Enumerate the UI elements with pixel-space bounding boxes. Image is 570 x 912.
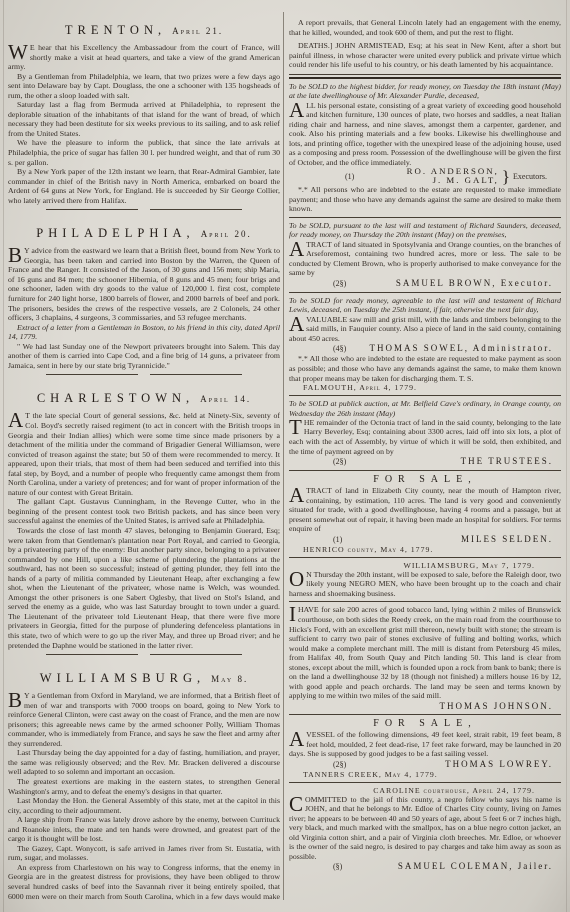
news-paragraph: BY a Gentleman from Oxford in Maryland, …	[8, 691, 280, 748]
rule-divider	[289, 395, 561, 396]
city-name: WILLIAMSBURG,	[40, 671, 205, 685]
news-paragraph: AT the late special Court of general ses…	[8, 411, 280, 497]
signature-name: THE TRUSTEES.	[461, 456, 553, 466]
dateline-date: May 8.	[211, 674, 248, 684]
double-rule-divider	[289, 74, 561, 79]
drop-cap: A	[289, 730, 306, 748]
signature-name: SAMUEL COLEMAN, Jailer.	[398, 861, 553, 871]
footnote-mark: (1)	[345, 172, 354, 181]
rule-divider	[289, 557, 561, 558]
page-edge-right	[566, 0, 567, 912]
ad-signature: (2§) THE TRUSTEES.	[289, 456, 561, 467]
section-heading-philadelphia: PHILADELPHIA, April 20.	[8, 217, 280, 244]
news-paragraph: WE hear that his Excellency the Ambassad…	[8, 43, 280, 72]
section-heading-williamsburg: WILLIAMSBURG, May 8.	[8, 662, 280, 689]
section-divider	[8, 654, 280, 655]
city-name: CHARLESTOWN,	[37, 391, 194, 405]
executors-signature: (1) RO. ANDERSON, J. M. GALT, } Executor…	[289, 167, 561, 185]
drop-cap: O	[289, 570, 306, 588]
letter-extract-caption: Extract of a letter from a Gentleman in …	[8, 323, 280, 342]
drop-cap: A	[8, 411, 25, 429]
ad-note: *.* All persons who are indebted to the …	[289, 185, 561, 214]
news-paragraph: Towards the close of last month 47 slave…	[8, 526, 280, 650]
news-paragraph: " We had last Sunday one of the Newport …	[8, 342, 280, 371]
ad-body: ALL his personal estate, consisting of a…	[289, 101, 561, 168]
dateline-date: April 14.	[200, 394, 251, 404]
section-divider	[8, 209, 280, 210]
signature-names: RO. ANDERSON, J. M. GALT,	[407, 167, 499, 185]
footnote-mark: (4§)	[333, 344, 346, 354]
city-name: TRENTON,	[65, 23, 166, 37]
ad-body: AVESSEL of the following dimensions, 49 …	[289, 730, 561, 759]
news-paragraph: By a New York paper of the 12th instant …	[8, 167, 280, 205]
ad-signature: (2§) SAMUEL BROWN, Executor.	[289, 278, 561, 289]
rule-divider	[289, 217, 561, 218]
drop-cap: I	[289, 605, 298, 623]
signature-name: SAMUEL BROWN, Executor.	[396, 278, 553, 288]
ad-dateline: CAROLINE courthouse, April 24, 1779.	[289, 786, 561, 795]
ad-dateline: TANNERS CREEK, May 4, 1779.	[289, 770, 561, 779]
city-name: PHILADELPHIA,	[36, 226, 194, 240]
news-paragraph: By a Gentleman from Philadelphia, we lea…	[8, 72, 280, 101]
rule-divider	[289, 782, 561, 783]
ad-body: THE remainder of the Octonia tract of la…	[289, 418, 561, 456]
drop-cap: B	[8, 691, 24, 709]
ad-body: ATRACT of land in Elizabeth City county,…	[289, 486, 561, 534]
dateline-date: April 20.	[201, 229, 252, 239]
drop-cap: A	[289, 486, 306, 504]
ad-body: COMMITTED to the jail of this county, a …	[289, 795, 561, 862]
ad-dateline: WILLIAMSBURG, May 7, 1779.	[289, 561, 561, 570]
rule-divider	[289, 470, 561, 471]
signature-name: THOMAS JOHNSON.	[439, 701, 553, 711]
signature-role: Executors.	[513, 172, 547, 181]
ad-signature: (2§) THOMAS LOWREY.	[289, 759, 561, 770]
deaths-notice: DEATHS.] JOHN ARMISTEAD, Esq; at his sea…	[289, 41, 561, 70]
signature-name: MILES SELDEN.	[461, 534, 553, 544]
ad-body: IHAVE for sale 200 acres of good tobacco…	[289, 605, 561, 700]
ad-signature: (4§) THOMAS SOWEL, Administrator.	[289, 343, 561, 354]
rule-divider	[289, 601, 561, 602]
ad-intro: To be SOLD, pursuant to the last will an…	[289, 221, 561, 240]
news-paragraph: The gallant Capt. Gustavus Cunningham, i…	[8, 497, 280, 526]
drop-cap: C	[289, 795, 305, 813]
drop-cap: T	[289, 418, 304, 436]
news-paragraph: A report prevails, that General Lincoln …	[289, 18, 561, 37]
news-paragraph: BY advice from the eastward we learn tha…	[8, 246, 280, 322]
ad-body: ATRACT of land situated in Spotsylvania …	[289, 240, 561, 278]
newspaper-page: TRENTON, April 21. WE hear that his Exce…	[0, 0, 570, 912]
section-divider	[8, 374, 280, 375]
footnote-mark: (2§)	[333, 279, 346, 289]
for-sale-heading: FOR SALE,	[289, 474, 561, 485]
drop-cap: A	[289, 101, 306, 119]
signature-name: THOMAS SOWEL, Administrator.	[370, 343, 554, 353]
ad-body: AVALUABLE saw mill and grist mill, with …	[289, 315, 561, 344]
section-heading-charlestown: CHARLESTOWN, April 14.	[8, 382, 280, 409]
rule-divider	[289, 292, 561, 293]
drop-cap: A	[289, 315, 306, 333]
column-rule	[283, 12, 284, 900]
ad-intro: To be SOLD for ready money, agreeable to…	[289, 296, 561, 315]
ad-intro: To be SOLD to the highest bidder, for re…	[289, 82, 561, 101]
ad-signature: (§) SAMUEL COLEMAN, Jailer.	[289, 861, 561, 872]
footnote-mark: (2§)	[333, 457, 346, 467]
news-paragraph: We have the pleasure to inform the publi…	[8, 138, 280, 167]
ad-dateline: HENRICO county, May 4, 1779.	[289, 545, 561, 554]
ad-intro: To be SOLD at publick auction, at Mr. Be…	[289, 399, 561, 418]
ad-signature: (1) MILES SELDEN.	[289, 534, 561, 545]
footnote-mark: (§)	[333, 862, 342, 872]
ad-signature: THOMAS JOHNSON.	[289, 701, 561, 711]
signature-name: THOMAS LOWREY.	[445, 759, 553, 769]
ad-body: ON Thursday the 20th instant, will be ex…	[289, 570, 561, 599]
footnote-mark: (1)	[333, 535, 342, 545]
ad-dateline: FALMOUTH, April 4, 1779.	[289, 383, 561, 392]
news-paragraph: An express from Charlestown on his way t…	[8, 863, 280, 900]
news-paragraph: A large ship from France was lately drov…	[8, 815, 280, 844]
section-heading-trenton: TRENTON, April 21.	[8, 14, 280, 41]
drop-cap: W	[8, 43, 30, 61]
columns: TRENTON, April 21. WE hear that his Exce…	[0, 0, 570, 906]
for-sale-heading: FOR SALE,	[289, 718, 561, 729]
right-column: A report prevails, that General Lincoln …	[286, 12, 561, 900]
news-paragraph: Last Monday the Hon. the General Assembl…	[8, 796, 280, 815]
page-edge-left	[3, 0, 4, 912]
footnote-mark: (2§)	[333, 760, 346, 770]
news-paragraph: The greatest exertions are making in the…	[8, 777, 280, 796]
left-column: TRENTON, April 21. WE hear that his Exce…	[8, 12, 280, 900]
news-paragraph: Last Thursday being the day appointed fo…	[8, 748, 280, 777]
news-paragraph: The Gazey, Capt. Wonycott, is safe arriv…	[8, 844, 280, 863]
rule-divider	[289, 714, 561, 715]
ad-note: *.* All those who are indebted to the es…	[289, 354, 561, 383]
drop-cap: A	[289, 240, 306, 258]
brace-glyph: }	[502, 172, 510, 181]
drop-cap: B	[8, 246, 24, 264]
dateline-date: April 21.	[172, 26, 223, 36]
news-paragraph: Saturday last a flag from Bermuda arrive…	[8, 100, 280, 138]
